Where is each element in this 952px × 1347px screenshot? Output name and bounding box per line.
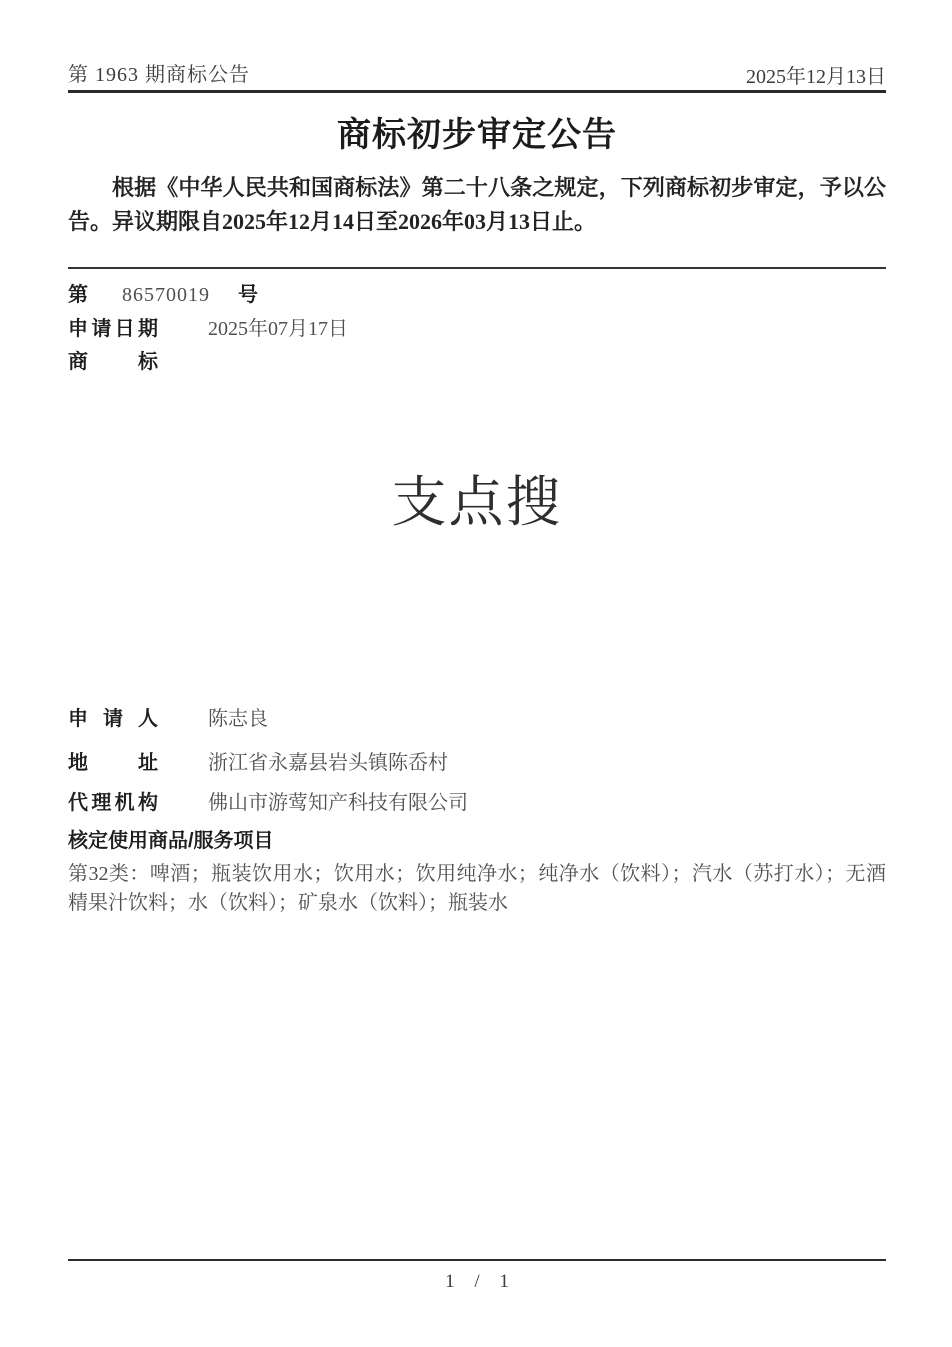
page-title: 商标初步审定公告	[68, 107, 886, 156]
mark-label: 商标	[68, 345, 158, 374]
applicant-name: 陈志良	[208, 702, 268, 731]
header-issue-label: 第 1963 期商标公告	[68, 58, 250, 87]
registration-number: 86570019	[122, 284, 210, 306]
goods-list: 第32类：啤酒；瓶装饮用水；饮用水；饮用纯净水；纯净水（饮料）；汽水（苏打水）；…	[68, 860, 886, 918]
footer-divider	[68, 1259, 886, 1261]
page-total: 1	[499, 1271, 509, 1292]
page-separator: /	[474, 1271, 479, 1292]
applicant-row: 申请人 陈志良	[68, 702, 268, 731]
application-date-label: 申请日期	[68, 312, 158, 341]
address-value: 浙江省永嘉县岩头镇陈岙村	[208, 746, 448, 775]
application-date-value: 2025年07月17日	[208, 312, 348, 341]
registration-number-suffix: 号	[238, 284, 258, 306]
header-date: 2025年12月13日	[746, 60, 886, 89]
goods-section-header: 核定使用商品/服务项目	[68, 824, 274, 853]
page-number: 1 / 1	[68, 1271, 886, 1293]
page-current: 1	[445, 1271, 455, 1292]
address-row: 地址 浙江省永嘉县岩头镇陈岙村	[68, 746, 448, 775]
registration-number-prefix: 第	[68, 284, 88, 306]
mark-label-row: 商标	[68, 345, 158, 374]
trademark-text: 支点搜	[68, 458, 886, 537]
gazette-page: 第 1963 期商标公告 2025年12月13日 商标初步审定公告 根据《中华人…	[0, 0, 952, 1347]
applicant-label: 申请人	[68, 702, 158, 731]
section-divider	[68, 267, 886, 269]
application-date-row: 申请日期 2025年07月17日	[68, 312, 348, 341]
registration-number-row: 第 86570019 号	[68, 278, 258, 307]
agency-value: 佛山市游莺知产科技有限公司	[208, 786, 468, 815]
agency-label: 代理机构	[68, 786, 158, 815]
intro-paragraph: 根据《中华人民共和国商标法》第二十八条之规定，下列商标初步审定，予以公告。异议期…	[68, 171, 886, 239]
agency-row: 代理机构 佛山市游莺知产科技有限公司	[68, 786, 468, 815]
header-divider	[68, 90, 886, 93]
address-label: 地址	[68, 746, 158, 775]
